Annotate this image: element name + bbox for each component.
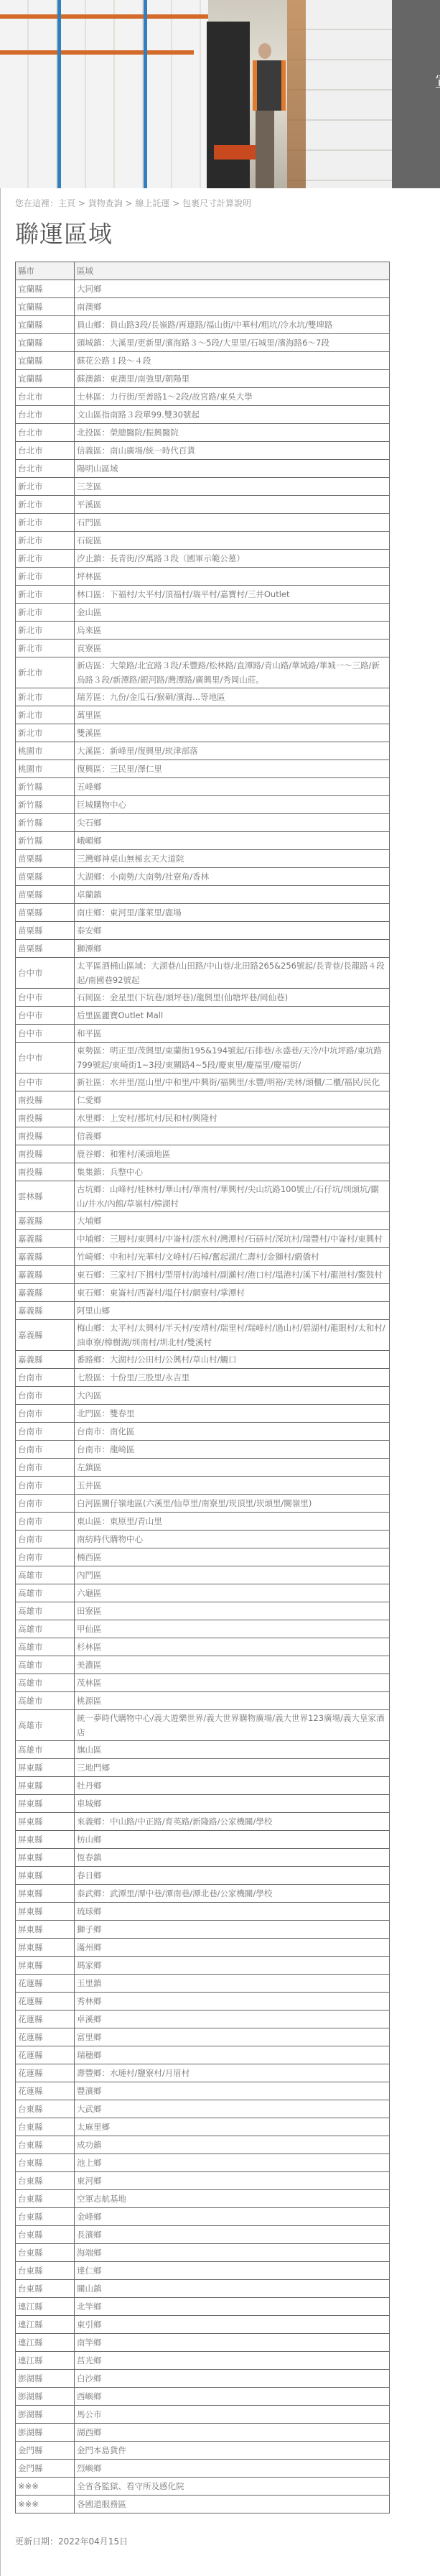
county-cell: 台東縣 bbox=[16, 2172, 75, 2190]
area-cell: 東石鄉：東崙村/西崙村/塭仔村/網寮村/掌潭村 bbox=[75, 1284, 390, 1302]
warehouse-shelves-left bbox=[0, 0, 208, 188]
county-cell: 高雄市 bbox=[16, 1741, 75, 1759]
county-cell: 屏東縣 bbox=[16, 1849, 75, 1867]
county-cell: 台南市 bbox=[16, 1477, 75, 1495]
table-row: 台東縣海端鄉 bbox=[16, 2244, 390, 2262]
area-cell: 坪林區 bbox=[75, 568, 390, 586]
county-cell: 新北市 bbox=[16, 496, 75, 514]
county-cell: 南投縣 bbox=[16, 1127, 75, 1145]
county-cell: 嘉義縣 bbox=[16, 1302, 75, 1320]
area-cell: 信義區：南山廣場/統一時代百貨 bbox=[75, 442, 390, 460]
table-row: 桃園市大溪區：新峰里/復興里/崁津部落 bbox=[16, 742, 390, 760]
area-cell: 滿州鄉 bbox=[75, 1939, 390, 1957]
area-cell: 峨嵋鄉 bbox=[75, 832, 390, 850]
area-cell: 台南市：南化區 bbox=[75, 1423, 390, 1441]
breadcrumb-separator: > bbox=[123, 198, 136, 208]
county-cell: 屏東縣 bbox=[16, 1831, 75, 1849]
county-cell: 新北市 bbox=[16, 532, 75, 550]
table-row: 金門縣金門本島貨件 bbox=[16, 2442, 390, 2460]
county-cell: ※※※ bbox=[16, 2478, 75, 2496]
table-row: 花蓮縣富里鄉 bbox=[16, 2028, 390, 2046]
area-cell: 石岡區：金星里(下坑巷/頭坪巷)/龍興里(仙塘坪巷/岡仙巷) bbox=[75, 989, 390, 1007]
table-row: 新北市石碇區 bbox=[16, 532, 390, 550]
table-row: 新北市坪林區 bbox=[16, 568, 390, 586]
table-row: 澎湖縣馬公市 bbox=[16, 2406, 390, 2424]
area-cell: 平溪區 bbox=[75, 496, 390, 514]
table-row: 台東縣池上鄉 bbox=[16, 2154, 390, 2172]
table-row: 苗栗縣三灣鄉神桌山無極玄天大道院 bbox=[16, 850, 390, 868]
table-row: 桃園市復興區：三民里/澤仁里 bbox=[16, 760, 390, 778]
table-row: 台中市太平區酒桶山區域：大湖巷/山田路/中山巷/北田路265&256號起/長青巷… bbox=[16, 958, 390, 989]
table-row: 台東縣東河鄉 bbox=[16, 2172, 390, 2190]
area-cell: 成功鎮 bbox=[75, 2136, 390, 2154]
area-cell: 萬里區 bbox=[75, 706, 390, 724]
area-cell: 士林區：力行街/至善路1～2段/故宮路/東吳大學 bbox=[75, 388, 390, 406]
table-row: 宜蘭縣頭城鎮：大溪里/更新里/濱海路３～5段/大里里/石城里/濱海路6～7段 bbox=[16, 334, 390, 352]
area-cell: 林口區：下福村/太平村/頂福村/瑞平村/嘉寶村/三井Outlet bbox=[75, 586, 390, 604]
county-cell: 新北市 bbox=[16, 724, 75, 742]
area-cell: 北竿鄉 bbox=[75, 2298, 390, 2316]
area-cell: 桃源區 bbox=[75, 1692, 390, 1710]
table-row: 台中市和平區 bbox=[16, 1025, 390, 1043]
table-row: 新北市雙溪區 bbox=[16, 724, 390, 742]
area-cell: 壽豐鄉：水璉村/鹽寮村/月眉村 bbox=[75, 2064, 390, 2082]
table-row: 屏東縣來義鄉：中山路/中正路/育英路/新隆路/公家機關/學校 bbox=[16, 1813, 390, 1831]
county-cell: 台中市 bbox=[16, 1074, 75, 1091]
county-cell: 台南市 bbox=[16, 1423, 75, 1441]
table-row: 金門縣烈嶼鄉 bbox=[16, 2460, 390, 2478]
table-row: 澎湖縣湖西鄉 bbox=[16, 2424, 390, 2442]
table-row: 台中市石岡區：金星里(下坑巷/頭坪巷)/龍興里(仙塘坪巷/岡仙巷) bbox=[16, 989, 390, 1007]
table-row: 高雄市統一夢時代購物中心/義大遊樂世界/義大世界購物廣場/義大世界123廣場/義… bbox=[16, 1710, 390, 1741]
area-cell: 金山區 bbox=[75, 604, 390, 622]
table-row: 苗栗縣大湖鄉：小南勢/大南勢/社寮角/香林 bbox=[16, 868, 390, 886]
table-row: 高雄市杉林區 bbox=[16, 1638, 390, 1656]
county-cell: 新竹縣 bbox=[16, 814, 75, 832]
table-row: 台南市東山區：東原里/青山里 bbox=[16, 1513, 390, 1531]
county-cell: 台東縣 bbox=[16, 2100, 75, 2118]
table-row: 台南市南紡時代購物中心 bbox=[16, 1531, 390, 1548]
county-cell: 台北市 bbox=[16, 442, 75, 460]
table-row: 新竹縣巨城購物中心 bbox=[16, 796, 390, 814]
area-cell: 全省各監獄、看守所及感化院 bbox=[75, 2478, 390, 2496]
table-row: 新北市貢寮區 bbox=[16, 640, 390, 657]
county-cell: 屏東縣 bbox=[16, 1777, 75, 1795]
county-cell: 台南市 bbox=[16, 1369, 75, 1387]
table-row: 台東縣成功鎮 bbox=[16, 2136, 390, 2154]
county-cell: 花蓮縣 bbox=[16, 1993, 75, 2011]
area-cell: 春日鄉 bbox=[75, 1867, 390, 1885]
table-row: 新竹縣峨嵋鄉 bbox=[16, 832, 390, 850]
table-row: 嘉義縣東石鄉：東崙村/西崙村/塭仔村/網寮村/掌潭村 bbox=[16, 1284, 390, 1302]
area-cell: 左鎮區 bbox=[75, 1459, 390, 1477]
table-row: 嘉義縣東石鄉：三家村/下揖村/型厝村/海埔村/副瀨村/港口村/塭港村/溪下村/龍… bbox=[16, 1266, 390, 1284]
county-cell: 宜蘭縣 bbox=[16, 352, 75, 370]
area-cell: 中埔鄉：三層村/東興村/中崙村/澐水村/灣潭村/石硦村/深坑村/瑞豐村/中崙村/… bbox=[75, 1230, 390, 1248]
county-cell: 台南市 bbox=[16, 1531, 75, 1548]
table-row: 屏東縣三地門鄉 bbox=[16, 1759, 390, 1777]
county-cell: 台南市 bbox=[16, 1495, 75, 1513]
area-cell: 瑞芳區：九份/金瓜石/猴硐/濱海...等地區 bbox=[75, 688, 390, 706]
table-row: 苗栗縣泰安鄉 bbox=[16, 922, 390, 940]
county-cell: 苗栗縣 bbox=[16, 922, 75, 940]
table-row: 台中市新社區：水井里/崑山里/中和里/中興街/福興里/永豐/明裕/美林/頭櫃/二… bbox=[16, 1074, 390, 1091]
area-cell: 東引鄉 bbox=[75, 2316, 390, 2334]
county-cell: 台中市 bbox=[16, 1007, 75, 1025]
table-row: 台中市東勢區：明正里/茂興里/東蘭街195&194號起/石排巷/永盛巷/天冷/中… bbox=[16, 1043, 390, 1074]
table-row: 嘉義縣大埔鄉 bbox=[16, 1212, 390, 1230]
area-cell: 陽明山區域 bbox=[75, 460, 390, 478]
area-cell: 大溪區：新峰里/復興里/崁津部落 bbox=[75, 742, 390, 760]
area-cell: 古坑鄉：山峰村/桂林村/華山村/華南村/華興村/尖山坑路100號止/石仔坑/圳頭… bbox=[75, 1181, 390, 1212]
county-cell: 台中市 bbox=[16, 989, 75, 1007]
county-cell: 嘉義縣 bbox=[16, 1230, 75, 1248]
county-cell: 台北市 bbox=[16, 460, 75, 478]
table-row: 苗栗縣南庄鄉：東河里/蓬萊里/鹿場 bbox=[16, 904, 390, 922]
county-cell: 嘉義縣 bbox=[16, 1284, 75, 1302]
area-cell: 卓蘭鎮 bbox=[75, 886, 390, 904]
area-cell: 太麻里鄉 bbox=[75, 2118, 390, 2136]
county-cell: 花蓮縣 bbox=[16, 1975, 75, 1993]
county-cell: 花蓮縣 bbox=[16, 2082, 75, 2100]
area-cell: 內門區 bbox=[75, 1566, 390, 1584]
area-cell: 尖石鄉 bbox=[75, 814, 390, 832]
area-cell: 玉井區 bbox=[75, 1477, 390, 1495]
area-cell: 大內區 bbox=[75, 1387, 390, 1405]
area-cell: 玉里鎮 bbox=[75, 1975, 390, 1993]
table-row: 屏東縣獅子鄉 bbox=[16, 1921, 390, 1939]
county-cell: 新北市 bbox=[16, 657, 75, 688]
table-row: 雲林縣古坑鄉：山峰村/桂林村/華山村/華南村/華興村/尖山坑路100號止/石仔坑… bbox=[16, 1181, 390, 1212]
county-cell: 新竹縣 bbox=[16, 832, 75, 850]
area-cell: 琉球鄉 bbox=[75, 1903, 390, 1921]
hero-banner: 宣 bbox=[0, 0, 440, 188]
area-cell: 湖西鄉 bbox=[75, 2424, 390, 2442]
county-cell: 金門縣 bbox=[16, 2442, 75, 2460]
table-row: 宜蘭縣大同鄉 bbox=[16, 280, 390, 298]
table-row: 台東縣空軍志航基地 bbox=[16, 2190, 390, 2208]
area-cell: 泰安鄉 bbox=[75, 922, 390, 940]
area-cell: 七股區：十份里/三股里/永吉里 bbox=[75, 1369, 390, 1387]
area-cell: 甲仙區 bbox=[75, 1620, 390, 1638]
breadcrumb-separator: > bbox=[75, 198, 88, 208]
table-row: 花蓮縣卓溪鄉 bbox=[16, 2011, 390, 2028]
county-cell: 台東縣 bbox=[16, 2262, 75, 2280]
table-row: 台南市大內區 bbox=[16, 1387, 390, 1405]
county-cell: 嘉義縣 bbox=[16, 1351, 75, 1369]
hero-side-panel: 宣 bbox=[392, 0, 440, 188]
table-row: 台北市士林區：力行街/至善路1～2段/故宮路/東吳大學 bbox=[16, 388, 390, 406]
county-cell: 新北市 bbox=[16, 604, 75, 622]
warehouse-shelves-right bbox=[287, 0, 392, 188]
breadcrumb-separator: > bbox=[169, 198, 182, 208]
county-cell: 屏東縣 bbox=[16, 1939, 75, 1957]
area-cell: 大同鄉 bbox=[75, 280, 390, 298]
breadcrumb-current: 包裹尺寸計算說明 bbox=[182, 198, 251, 208]
table-row: 屏東縣牡丹鄉 bbox=[16, 1777, 390, 1795]
breadcrumb-home[interactable]: 主頁 bbox=[58, 198, 75, 208]
table-row: 台東縣金峰鄉 bbox=[16, 2208, 390, 2226]
table-row: 屏東縣瑪家鄉 bbox=[16, 1957, 390, 1975]
county-cell: 宜蘭縣 bbox=[16, 370, 75, 388]
area-cell: 五峰鄉 bbox=[75, 778, 390, 796]
area-cell: 南澳鄉 bbox=[75, 298, 390, 316]
county-cell: 新北市 bbox=[16, 586, 75, 604]
table-row: 澎湖縣西嶼鄉 bbox=[16, 2388, 390, 2406]
table-row: 屏東縣恆春鎮 bbox=[16, 1849, 390, 1867]
area-cell: 三地門鄉 bbox=[75, 1759, 390, 1777]
county-cell: 台北市 bbox=[16, 388, 75, 406]
area-cell: 台南市：龍崎區 bbox=[75, 1441, 390, 1459]
table-row: 新北市平溪區 bbox=[16, 496, 390, 514]
area-cell: 枋山鄉 bbox=[75, 1831, 390, 1849]
area-cell: 太平區酒桶山區域：大湖巷/山田路/中山巷/北田路265&256號起/長青巷/長龍… bbox=[75, 958, 390, 989]
area-cell: 牡丹鄉 bbox=[75, 1777, 390, 1795]
table-row: 南投縣仁愛鄉 bbox=[16, 1091, 390, 1109]
area-cell: 車城鄉 bbox=[75, 1795, 390, 1813]
table-row: 南投縣水里鄉：上安村/郡坑村/民和村/興隆村 bbox=[16, 1109, 390, 1127]
table-row: 嘉義縣番路鄉：大湖村/公田村/公興村/草山村/觸口 bbox=[16, 1351, 390, 1369]
county-cell: 台東縣 bbox=[16, 2190, 75, 2208]
area-cell: 六龜區 bbox=[75, 1584, 390, 1602]
table-row: 南投縣集集鎮：兵整中心 bbox=[16, 1163, 390, 1181]
area-cell: 巨城購物中心 bbox=[75, 796, 390, 814]
table-row: 宜蘭縣南澳鄉 bbox=[16, 298, 390, 316]
zones-table: 縣市 區域 宜蘭縣大同鄉宜蘭縣南澳鄉宜蘭縣員山鄉：員山路3段/長嶺路/再連路/福… bbox=[15, 262, 390, 2513]
table-row: ※※※全省各監獄、看守所及感化院 bbox=[16, 2478, 390, 2496]
area-cell: 金門本島貨件 bbox=[75, 2442, 390, 2460]
area-cell: 員山鄉：員山路3段/長嶺路/再連路/福山街/中華村/粗坑/冷水坑/雙埤路 bbox=[75, 316, 390, 334]
table-row: 宜蘭縣蘇澳鎮：東澳里/南強里/朝陽里 bbox=[16, 370, 390, 388]
table-row: 新北市瑞芳區：九份/金瓜石/猴硐/濱海...等地區 bbox=[16, 688, 390, 706]
area-cell: 空軍志航基地 bbox=[75, 2190, 390, 2208]
county-cell: 台南市 bbox=[16, 1548, 75, 1566]
table-row: 屏東縣車城鄉 bbox=[16, 1795, 390, 1813]
area-cell: 旗山區 bbox=[75, 1741, 390, 1759]
table-body: 宜蘭縣大同鄉宜蘭縣南澳鄉宜蘭縣員山鄉：員山路3段/長嶺路/再連路/福山街/中華村… bbox=[16, 280, 390, 2513]
area-cell: 達仁鄉 bbox=[75, 2262, 390, 2280]
table-row: 高雄市甲仙區 bbox=[16, 1620, 390, 1638]
table-row: 屏東縣滿州鄉 bbox=[16, 1939, 390, 1957]
area-cell: 大湖鄉：小南勢/大南勢/社寮角/香林 bbox=[75, 868, 390, 886]
county-cell: 高雄市 bbox=[16, 1674, 75, 1692]
county-cell: 澎湖縣 bbox=[16, 2424, 75, 2442]
table-row: 台南市台南市：龍崎區 bbox=[16, 1441, 390, 1459]
table-row: 屏東縣泰武鄉：武潭里/潭中巷/潭南巷/潭北巷/公家機關/學校 bbox=[16, 1885, 390, 1903]
breadcrumb-cargo-query[interactable]: 貨物查詢 bbox=[88, 198, 123, 208]
table-row: 花蓮縣秀林鄉 bbox=[16, 1993, 390, 2011]
county-cell: 南投縣 bbox=[16, 1091, 75, 1109]
table-row: 台中市后里區麗寶Outlet Mall bbox=[16, 1007, 390, 1025]
county-cell: 台東縣 bbox=[16, 2136, 75, 2154]
area-cell: 田寮區 bbox=[75, 1602, 390, 1620]
worker-image bbox=[251, 43, 278, 188]
area-cell: 豐濱鄉 bbox=[75, 2082, 390, 2100]
county-cell: 苗栗縣 bbox=[16, 886, 75, 904]
table-row: 新竹縣尖石鄉 bbox=[16, 814, 390, 832]
area-cell: 統一夢時代購物中心/義大遊樂世界/義大世界購物廣場/義大世界123廣場/義大皇家… bbox=[75, 1710, 390, 1741]
county-cell: 宜蘭縣 bbox=[16, 298, 75, 316]
area-cell: 南紡時代購物中心 bbox=[75, 1531, 390, 1548]
county-cell: 新北市 bbox=[16, 514, 75, 532]
county-cell: 新北市 bbox=[16, 706, 75, 724]
table-row: 台南市七股區：十份里/三股里/永吉里 bbox=[16, 1369, 390, 1387]
county-cell: 高雄市 bbox=[16, 1620, 75, 1638]
county-cell: 屏東縣 bbox=[16, 1957, 75, 1975]
county-cell: 台中市 bbox=[16, 958, 75, 989]
county-cell: 屏東縣 bbox=[16, 1903, 75, 1921]
area-cell: 瑪家鄉 bbox=[75, 1957, 390, 1975]
county-cell: 台東縣 bbox=[16, 2244, 75, 2262]
area-cell: 蘇澳鎮：東澳里/南強里/朝陽里 bbox=[75, 370, 390, 388]
area-cell: 南庄鄉：東河里/蓬萊里/鹿場 bbox=[75, 904, 390, 922]
table-row: 高雄市內門區 bbox=[16, 1566, 390, 1584]
area-cell: 梅山鄉：太平村/太興村/半天村/安靖村/瑞里村/瑞峰村/過山村/碧湖村/龍眼村/… bbox=[75, 1320, 390, 1351]
table-row: 嘉義縣阿里山鄉 bbox=[16, 1302, 390, 1320]
county-cell: 苗栗縣 bbox=[16, 904, 75, 922]
county-cell: 連江縣 bbox=[16, 2298, 75, 2316]
table-row: 高雄市田寮區 bbox=[16, 1602, 390, 1620]
area-cell: 北投區：榮總醫院/振興醫院 bbox=[75, 424, 390, 442]
area-cell: 和平區 bbox=[75, 1025, 390, 1043]
county-cell: 連江縣 bbox=[16, 2352, 75, 2370]
area-cell: 美濃區 bbox=[75, 1656, 390, 1674]
county-cell: 新北市 bbox=[16, 550, 75, 568]
table-row: 新北市汐止鎮：長青街/汐萬路３段（國軍示範公墓） bbox=[16, 550, 390, 568]
county-cell: ※※※ bbox=[16, 2496, 75, 2513]
county-cell: 南投縣 bbox=[16, 1163, 75, 1181]
table-row: 高雄市茂林區 bbox=[16, 1674, 390, 1692]
area-cell: 池上鄉 bbox=[75, 2154, 390, 2172]
area-cell: 烏來區 bbox=[75, 622, 390, 640]
table-row: 新北市三芝區 bbox=[16, 478, 390, 496]
area-cell: 各國道服務區 bbox=[75, 2496, 390, 2513]
table-row: 高雄市桃源區 bbox=[16, 1692, 390, 1710]
area-cell: 番路鄉：大湖村/公田村/公興村/草山村/觸口 bbox=[75, 1351, 390, 1369]
area-cell: 蘇花公路１段～４段 bbox=[75, 352, 390, 370]
table-row: 屏東縣琉球鄉 bbox=[16, 1903, 390, 1921]
area-cell: 新社區：水井里/崑山里/中和里/中興街/福興里/永豐/明裕/美林/頭櫃/二櫃/福… bbox=[75, 1074, 390, 1091]
table-row: 新北市烏來區 bbox=[16, 622, 390, 640]
table-row: 苗栗縣卓蘭鎮 bbox=[16, 886, 390, 904]
area-cell: 東山區：東原里/青山里 bbox=[75, 1513, 390, 1531]
table-row: 連江縣東引鄉 bbox=[16, 2316, 390, 2334]
table-row: 台南市北門區：雙春里 bbox=[16, 1405, 390, 1423]
table-row: 新北市林口區：下福村/太平村/頂福村/瑞平村/嘉寶村/三井Outlet bbox=[16, 586, 390, 604]
county-cell: 台南市 bbox=[16, 1405, 75, 1423]
breadcrumb: 您在這裡：主頁 > 貨物查詢 > 線上託運 > 包裹尺寸計算說明 bbox=[15, 197, 440, 210]
table-row: ※※※各國道服務區 bbox=[16, 2496, 390, 2513]
county-cell: 屏東縣 bbox=[16, 1795, 75, 1813]
county-cell: 嘉義縣 bbox=[16, 1248, 75, 1266]
county-cell: 南投縣 bbox=[16, 1145, 75, 1163]
area-cell: 信義鄉 bbox=[75, 1127, 390, 1145]
area-cell: 貢寮區 bbox=[75, 640, 390, 657]
area-cell: 鹿谷鄉：和雅村/溪頭地區 bbox=[75, 1145, 390, 1163]
area-cell: 金峰鄉 bbox=[75, 2208, 390, 2226]
county-cell: 澎湖縣 bbox=[16, 2388, 75, 2406]
county-cell: 屏東縣 bbox=[16, 1885, 75, 1903]
table-row: 台北市文山區指南路３段單99.雙30號起 bbox=[16, 406, 390, 424]
update-date: 更新日期：2022年04月15日 bbox=[15, 2535, 440, 2547]
county-cell: 宜蘭縣 bbox=[16, 316, 75, 334]
table-row: 新北市金山區 bbox=[16, 604, 390, 622]
county-cell: 嘉義縣 bbox=[16, 1212, 75, 1230]
area-cell: 新店區：大榮路/北宜路３段/禾豐路/松林路/直潭路/青山路/華城路/華城一～三路… bbox=[75, 657, 390, 688]
table-header-row: 縣市 區域 bbox=[16, 262, 390, 280]
area-cell: 白沙鄉 bbox=[75, 2370, 390, 2388]
table-row: 台東縣達仁鄉 bbox=[16, 2262, 390, 2280]
county-cell: 雲林縣 bbox=[16, 1181, 75, 1212]
area-cell: 長濱鄉 bbox=[75, 2226, 390, 2244]
table-row: 台南市玉井區 bbox=[16, 1477, 390, 1495]
area-cell: 東石鄉：三家村/下揖村/型厝村/海埔村/副瀨村/港口村/塭港村/溪下村/龍港村/… bbox=[75, 1266, 390, 1284]
area-cell: 杉林區 bbox=[75, 1638, 390, 1656]
table-row: 台東縣太麻里鄉 bbox=[16, 2118, 390, 2136]
area-cell: 頭城鎮：大溪里/更新里/濱海路３～5段/大里里/石城里/濱海路6～7段 bbox=[75, 334, 390, 352]
table-row: 高雄市美濃區 bbox=[16, 1656, 390, 1674]
county-cell: 台東縣 bbox=[16, 2154, 75, 2172]
table-row: 台東縣大武鄉 bbox=[16, 2100, 390, 2118]
county-cell: 屏東縣 bbox=[16, 1867, 75, 1885]
county-cell: 宜蘭縣 bbox=[16, 334, 75, 352]
area-cell: 水里鄉：上安村/郡坑村/民和村/興隆村 bbox=[75, 1109, 390, 1127]
county-cell: 台南市 bbox=[16, 1387, 75, 1405]
table-row: 台北市信義區：南山廣場/統一時代百貨 bbox=[16, 442, 390, 460]
area-cell: 東勢區：明正里/茂興里/東蘭街195&194號起/石排巷/永盛巷/天冷/中坑坪路… bbox=[75, 1043, 390, 1074]
county-cell: 台中市 bbox=[16, 1043, 75, 1074]
area-cell: 獅子鄉 bbox=[75, 1921, 390, 1939]
table-row: 新北市萬里區 bbox=[16, 706, 390, 724]
county-cell: 高雄市 bbox=[16, 1656, 75, 1674]
county-cell: 金門縣 bbox=[16, 2460, 75, 2478]
area-cell: 東河鄉 bbox=[75, 2172, 390, 2190]
area-cell: 卓溪鄉 bbox=[75, 2011, 390, 2028]
table-row: 連江縣南竿鄉 bbox=[16, 2334, 390, 2352]
county-cell: 花蓮縣 bbox=[16, 2046, 75, 2064]
county-cell: 新竹縣 bbox=[16, 778, 75, 796]
area-cell: 瑞穗鄉 bbox=[75, 2046, 390, 2064]
area-cell: 大武鄉 bbox=[75, 2100, 390, 2118]
county-cell: 桃園市 bbox=[16, 760, 75, 778]
table-row: 連江縣莒光鄉 bbox=[16, 2352, 390, 2370]
county-cell: 新北市 bbox=[16, 622, 75, 640]
area-cell: 楠西區 bbox=[75, 1548, 390, 1566]
area-cell: 泰武鄉：武潭里/潭中巷/潭南巷/潭北巷/公家機關/學校 bbox=[75, 1885, 390, 1903]
table-row: 嘉義縣竹崎鄉：中和村/光華村/文峰村/石棹/奮起湖/仁壽村/金獅村/緞僑村 bbox=[16, 1248, 390, 1266]
county-cell: 高雄市 bbox=[16, 1710, 75, 1741]
county-cell: 台東縣 bbox=[16, 2118, 75, 2136]
area-cell: 茂林區 bbox=[75, 1674, 390, 1692]
breadcrumb-online-shipping[interactable]: 線上託運 bbox=[135, 198, 169, 208]
county-cell: 宜蘭縣 bbox=[16, 280, 75, 298]
county-cell: 新北市 bbox=[16, 640, 75, 657]
table-row: 台北市北投區：榮總醫院/振興醫院 bbox=[16, 424, 390, 442]
county-cell: 台南市 bbox=[16, 1441, 75, 1459]
table-row: 新北市石門區 bbox=[16, 514, 390, 532]
area-cell: 復興區：三民里/澤仁里 bbox=[75, 760, 390, 778]
county-cell: 嘉義縣 bbox=[16, 1266, 75, 1284]
area-cell: 集集鎮：兵整中心 bbox=[75, 1163, 390, 1181]
county-cell: 台南市 bbox=[16, 1459, 75, 1477]
county-cell: 澎湖縣 bbox=[16, 2370, 75, 2388]
header-area: 區域 bbox=[75, 262, 390, 280]
area-cell: 獅潭鄉 bbox=[75, 940, 390, 958]
county-cell: 新北市 bbox=[16, 568, 75, 586]
county-cell: 連江縣 bbox=[16, 2316, 75, 2334]
table-row: 南投縣信義鄉 bbox=[16, 1127, 390, 1145]
table-row: 宜蘭縣蘇花公路１段～４段 bbox=[16, 352, 390, 370]
